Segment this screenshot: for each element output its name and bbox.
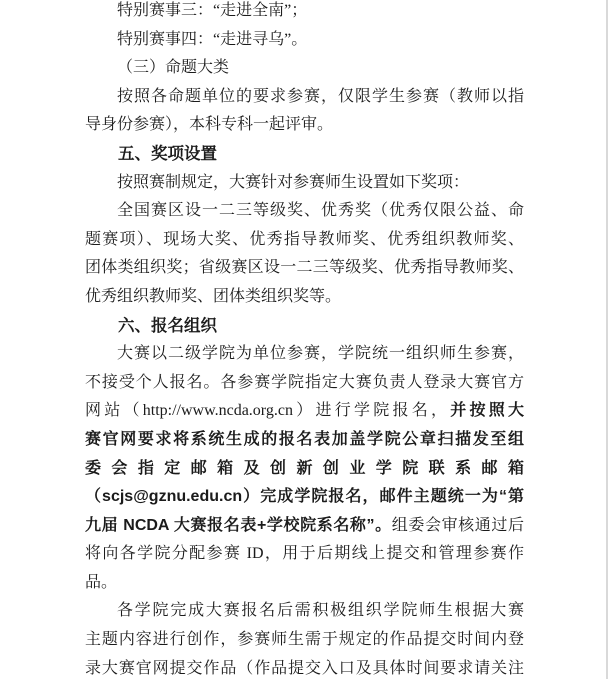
paragraph-awards-detail-line-1: 全国赛区设一二三等级奖、优秀奖（优秀仅限公益、命: [85, 197, 524, 226]
paragraph-awards-intro: 按照赛制规定，大赛针对参赛师生设置如下奖项：: [85, 169, 524, 198]
text-segment: 团体类组织奖；省级赛区设一二三等级奖、优秀指导教师奖、: [85, 259, 524, 276]
text-segment: 大赛以二级学院为单位参赛，学院统一组织师生参赛，: [117, 345, 524, 362]
bold-text-segment: 委会指定邮箱及创新创业学院联系邮箱: [85, 460, 524, 477]
text-segment: 品。: [85, 574, 117, 591]
subsection-heading-proposition-category: （三）命题大类: [85, 54, 524, 83]
paragraph-registration-line-2: 不接受个人报名。各参赛学院指定大赛负责人登录大赛官方: [85, 369, 524, 398]
paragraph-submission-line-3: 录大赛官网提交作品（作品提交入口及具体时间要求请关注: [85, 655, 524, 679]
text-segment: 特别赛事三：“走进全南”；: [117, 2, 307, 19]
text-segment: 按照各命题单位的要求参赛，仅限学生参赛（教师以指: [117, 88, 524, 105]
document-page: 特别赛事三：“走进全南”；特别赛事四：“走进寻乌”。（三）命题大类按照各命题单位…: [0, 0, 610, 679]
paragraph-registration-line-5: 委会指定邮箱及创新创业学院联系邮箱: [85, 455, 524, 484]
paragraph-registration-line-9: 品。: [85, 569, 524, 598]
paragraph-registration-line-1: 大赛以二级学院为单位参赛，学院统一组织师生参赛，: [85, 340, 524, 369]
text-segment: 各学院完成大赛报名后需积极组织学院师生根据大赛: [117, 602, 524, 619]
text-segment: 将向各学院分配参赛 ID，用于后期线上提交和管理参赛作: [85, 545, 524, 562]
text-segment: （三）命题大类: [117, 59, 229, 76]
text-segment: 不接受个人报名。各参赛学院指定大赛负责人登录大赛官方: [85, 374, 524, 391]
text-segment: 网站（http://www.ncda.org.cn）进行学院报名，: [85, 402, 450, 419]
document-body: 特别赛事三：“走进全南”；特别赛事四：“走进寻乌”。（三）命题大类按照各命题单位…: [85, 0, 524, 679]
text-segment: 组委会审核通过后: [392, 517, 524, 534]
bold-text-segment: （scjs@gznu.edu.cn）完成学院报名，邮件主题统一为“第: [85, 488, 524, 505]
paragraph-awards-detail-line-4: 优秀组织教师奖、团体类组织奖等。: [85, 283, 524, 312]
bold-text-segment: 赛官网要求将系统生成的报名表加盖学院公章扫描发至组: [85, 431, 524, 448]
paragraph-submission-line-2: 主题内容进行创作，参赛师生需于规定的作品提交时间内登: [85, 626, 524, 655]
section-heading-registration: 六、报名组织: [85, 312, 524, 341]
paragraph-registration-line-6: （scjs@gznu.edu.cn）完成学院报名，邮件主题统一为“第: [85, 483, 524, 512]
paragraph-awards-detail-line-3: 团体类组织奖；省级赛区设一二三等级奖、优秀指导教师奖、: [85, 254, 524, 283]
line-special-event-4: 特别赛事四：“走进寻乌”。: [85, 26, 524, 55]
text-segment: 导身份参赛），本科专科一起评审。: [85, 116, 333, 133]
paragraph-registration-line-8: 将向各学院分配参赛 ID，用于后期线上提交和管理参赛作: [85, 540, 524, 569]
paragraph-proposition-rules-line-1: 按照各命题单位的要求参赛，仅限学生参赛（教师以指: [85, 83, 524, 112]
section-heading-awards: 五、奖项设置: [85, 140, 524, 169]
bold-text-segment: 六、报名组织: [118, 317, 217, 335]
paragraph-proposition-rules-line-2: 导身份参赛），本科专科一起评审。: [85, 111, 524, 140]
bold-text-segment: 五、奖项设置: [118, 145, 217, 163]
text-segment: 题赛项）、现场大奖、优秀指导教师奖、优秀组织教师奖、: [85, 231, 524, 248]
text-segment: 录大赛官网提交作品（作品提交入口及具体时间要求请关注: [85, 660, 524, 677]
text-segment: 特别赛事四：“走进寻乌”。: [117, 31, 307, 48]
text-segment: 优秀组织教师奖、团体类组织奖等。: [85, 288, 341, 305]
paragraph-awards-detail-line-2: 题赛项）、现场大奖、优秀指导教师奖、优秀组织教师奖、: [85, 226, 524, 255]
text-segment: 主题内容进行创作，参赛师生需于规定的作品提交时间内登: [85, 631, 524, 648]
paragraph-registration-line-4: 赛官网要求将系统生成的报名表加盖学院公章扫描发至组: [85, 426, 524, 455]
paragraph-registration-line-3: 网站（http://www.ncda.org.cn）进行学院报名，并按照大: [85, 397, 524, 426]
page-edge-divider: [606, 0, 608, 679]
paragraph-submission-line-1: 各学院完成大赛报名后需积极组织学院师生根据大赛: [85, 597, 524, 626]
text-segment: 全国赛区设一二三等级奖、优秀奖（优秀仅限公益、命: [117, 202, 524, 219]
bold-text-segment: 九届 NCDA 大赛报名表+学校院系名称”。: [85, 517, 392, 534]
bold-text-segment: 并按照大: [450, 402, 524, 419]
line-special-event-3: 特别赛事三：“走进全南”；: [85, 0, 524, 26]
text-segment: 按照赛制规定，大赛针对参赛师生设置如下奖项：: [117, 174, 469, 191]
paragraph-registration-line-7: 九届 NCDA 大赛报名表+学校院系名称”。组委会审核通过后: [85, 512, 524, 541]
